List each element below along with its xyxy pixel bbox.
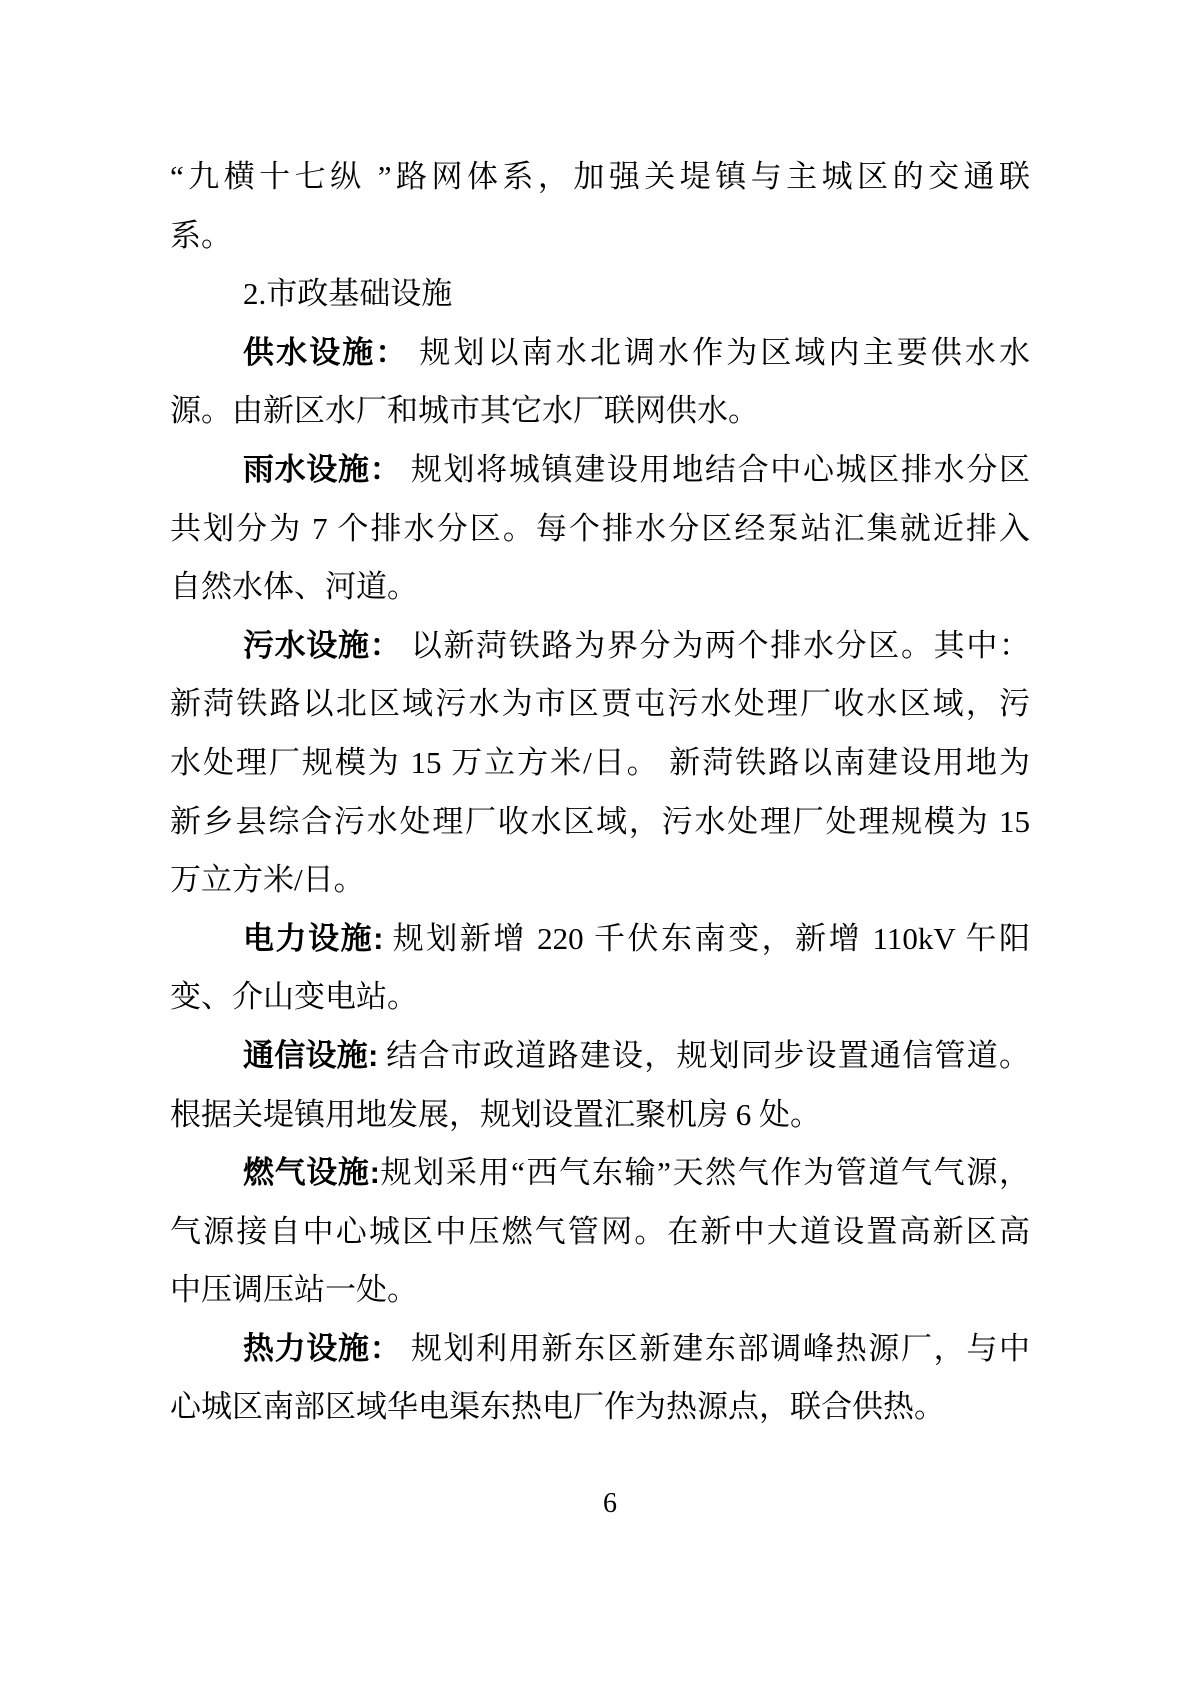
text-line: 供水设施： 规划以南水北调水作为区域内主要供水水 [170,324,1030,383]
page-footer: 6 [0,1488,1190,1520]
line-text: 中压调压站一处。 [170,1272,418,1307]
text-line: 万立方米/日。 [170,851,1030,910]
text-line: 雨水设施： 规划将城镇建设用地结合中心城区排水分区 [170,441,1030,500]
document-body: “九横十七纵 ”路网体系，加强关堤镇与主城区的交通联系。2.市政基础设施供水设施… [170,148,1030,1437]
text-line: 2.市政基础设施 [170,265,1030,324]
line-text: 2.市政基础设施 [243,276,452,311]
section-label: 通信设施: [243,1038,377,1073]
text-line: 电力设施: 规划新增 220 千伏东南变，新增 110kV 午阳 [170,910,1030,969]
line-text: 根据关堤镇用地发展，规划设置汇聚机房 6 处。 [170,1097,821,1132]
line-text: 新菏铁路以北区域污水为市区贾屯污水处理厂收水区域，污 [170,686,1030,721]
text-line: 系。 [170,207,1030,266]
text-line: 新乡县综合污水处理厂收水区域，污水处理厂处理规模为 15 [170,793,1030,852]
line-text: 以新菏铁路为界分为两个排水分区。其中： [401,628,1030,663]
line-text: 气源接自中心城区中压燃气管网。在新中大道设置高新区高 [170,1214,1030,1249]
document-page: “九横十七纵 ”路网体系，加强关堤镇与主城区的交通联系。2.市政基础设施供水设施… [0,0,1190,1683]
text-line: 污水设施： 以新菏铁路为界分为两个排水分区。其中： [170,617,1030,676]
section-label: 热力设施： [243,1331,401,1366]
line-text: 规划新增 220 千伏东南变，新增 110kV 午阳 [382,921,1030,956]
line-text: 共划分为 7 个排水分区。每个排水分区经泵站汇集就近排入 [170,511,1030,546]
text-line: 源。由新区水厂和城市其它水厂联网供水。 [170,382,1030,441]
line-text: 变、介山变电站。 [170,979,418,1014]
line-text: 新乡县综合污水处理厂收水区域，污水处理厂处理规模为 15 [170,804,1030,839]
section-label: 污水设施： [243,628,401,663]
text-line: 通信设施: 结合市政道路建设，规划同步设置通信管道。 [170,1027,1030,1086]
text-line: 新菏铁路以北区域污水为市区贾屯污水处理厂收水区域，污 [170,675,1030,734]
section-label: 电力设施: [243,921,382,956]
section-label: 供水设施： [243,335,409,370]
text-line: 变、介山变电站。 [170,968,1030,1027]
line-text: 系。 [170,218,232,253]
text-line: 共划分为 7 个排水分区。每个排水分区经泵站汇集就近排入 [170,500,1030,559]
line-text: 规划将城镇建设用地结合中心城区排水分区 [401,452,1030,487]
line-text: 心城区南部区域华电渠东热电厂作为热源点，联合供热。 [170,1389,945,1424]
text-line: 根据关堤镇用地发展，规划设置汇聚机房 6 处。 [170,1086,1030,1145]
line-text: 规划以南水北调水作为区域内主要供水水 [409,335,1031,370]
section-label: 燃气设施: [243,1155,379,1190]
line-text: 源。由新区水厂和城市其它水厂联网供水。 [170,393,759,428]
section-label: 雨水设施： [243,452,401,487]
line-text: 规划采用“西气东输”天然气作为管道气气源， [379,1155,1030,1190]
text-line: 燃气设施:规划采用“西气东输”天然气作为管道气气源， [170,1144,1030,1203]
line-text: 万立方米/日。 [170,862,365,897]
line-text: 自然水体、河道。 [170,569,418,604]
text-line: 气源接自中心城区中压燃气管网。在新中大道设置高新区高 [170,1203,1030,1262]
line-text: 水处理厂规模为 15 万立方米/日。 新菏铁路以南建设用地为 [170,745,1030,780]
text-line: 自然水体、河道。 [170,558,1030,617]
line-text: “九横十七纵 ”路网体系，加强关堤镇与主城区的交通联 [170,159,1030,194]
text-line: 水处理厂规模为 15 万立方米/日。 新菏铁路以南建设用地为 [170,734,1030,793]
text-line: 中压调压站一处。 [170,1261,1030,1320]
page-number: 6 [603,1488,617,1519]
line-text: 结合市政道路建设，规划同步设置通信管道。 [377,1038,1030,1073]
text-line: “九横十七纵 ”路网体系，加强关堤镇与主城区的交通联 [170,148,1030,207]
text-line: 心城区南部区域华电渠东热电厂作为热源点，联合供热。 [170,1378,1030,1437]
text-line: 热力设施： 规划利用新东区新建东部调峰热源厂，与中 [170,1320,1030,1379]
line-text: 规划利用新东区新建东部调峰热源厂，与中 [401,1331,1030,1366]
